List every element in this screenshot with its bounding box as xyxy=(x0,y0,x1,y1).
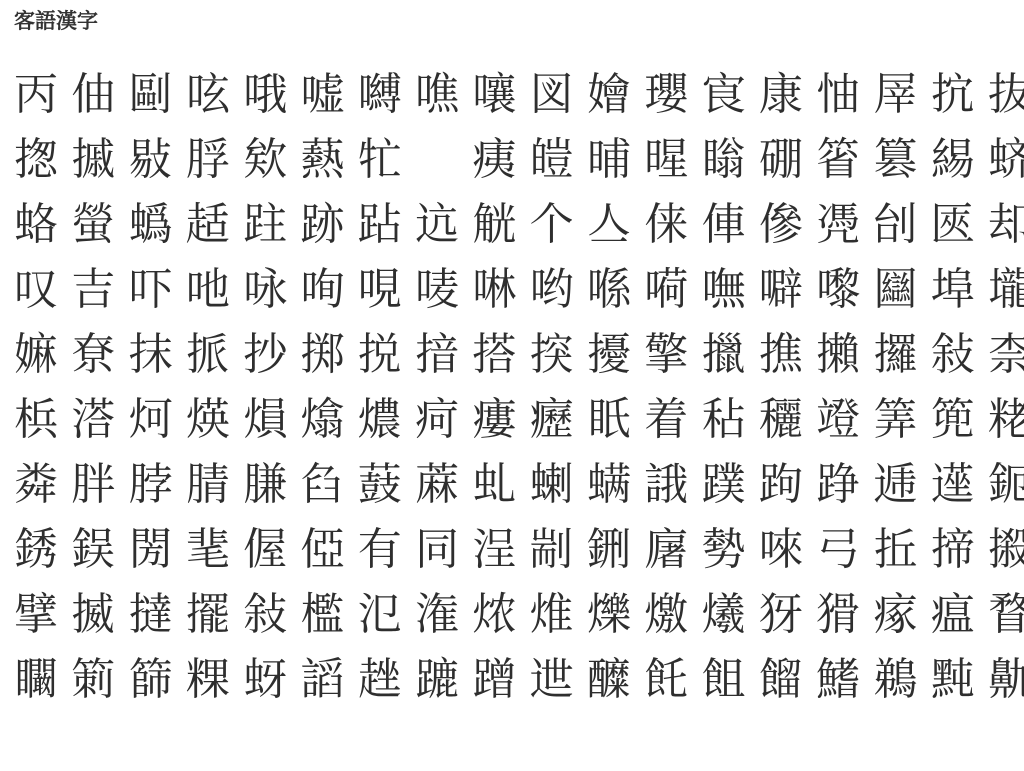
hanzi-character: 揞 xyxy=(415,322,472,387)
hanzi-character: 跡 xyxy=(300,192,357,257)
hanzi-character: 炣 xyxy=(129,387,186,452)
hanzi-character: 擾 xyxy=(587,322,644,387)
hanzi-character: 猾 xyxy=(816,582,873,647)
hanzi-character: 挀 xyxy=(186,322,243,387)
hanzi-character: 踭 xyxy=(816,452,873,517)
hanzi-character: 揻 xyxy=(71,582,128,647)
hanzi-character: 喺 xyxy=(587,257,644,322)
hanzi-character: 攋 xyxy=(816,322,873,387)
hanzi-character: 瘻 xyxy=(472,387,529,452)
hanzi-character: 屖 xyxy=(873,62,930,127)
hanzi-character: 瘃 xyxy=(873,582,930,647)
hanzi-character: 擺 xyxy=(186,582,243,647)
hanzi-character: 叹 xyxy=(14,257,71,322)
hanzi-character: 偓 xyxy=(243,517,300,582)
hanzi-character: 飷 xyxy=(702,647,759,712)
hanzi-character: 疴 xyxy=(415,387,472,452)
hanzi-character: 篡 xyxy=(873,127,930,192)
hanzi-character: 牤 xyxy=(358,127,415,192)
hanzi-character: 浧 xyxy=(472,517,529,582)
hanzi-character: 溚 xyxy=(71,387,128,452)
character-row: 丙伷剾呟哦嘘嚩噍嚷図嬒瓔㝗康怞屖抭抜 xyxy=(14,62,1024,127)
hanzi-character: 剾 xyxy=(129,62,186,127)
hanzi-character: 搭 xyxy=(472,322,529,387)
hanzi-character: 吓 xyxy=(129,257,186,322)
hanzi-character: 眂 xyxy=(587,387,644,452)
hanzi-character: 俥 xyxy=(702,192,759,257)
hanzi-character: 檻 xyxy=(300,582,357,647)
hanzi-character: 臽 xyxy=(300,452,357,517)
hanzi-character: 犽 xyxy=(759,582,816,647)
hanzi-character: 㝗 xyxy=(702,62,759,127)
hanzi-character: 刣 xyxy=(873,192,930,257)
hanzi-character: 抹 xyxy=(129,322,186,387)
hanzi-character: 蛴 xyxy=(988,127,1024,192)
hanzi-character: 蹭 xyxy=(472,647,529,712)
hanzi-character: 俫 xyxy=(644,192,701,257)
hanzi-character: 餾 xyxy=(759,647,816,712)
hanzi-character: 咏 xyxy=(243,257,300,322)
hanzi-character: 欸 xyxy=(243,127,300,192)
hanzi-character: 趖 xyxy=(358,647,415,712)
hanzi-character: 虬 xyxy=(472,452,529,517)
hanzi-character: 皚 xyxy=(530,127,587,192)
hanzi-character: 噼 xyxy=(759,257,816,322)
hanzi-character: 篩 xyxy=(129,647,186,712)
hanzi-character: 脬 xyxy=(186,127,243,192)
hanzi-character: 粦 xyxy=(14,452,71,517)
hanzi-character: 抜 xyxy=(988,62,1024,127)
hanzi-character: 唛 xyxy=(415,257,472,322)
hanzi-character: 匧 xyxy=(931,192,988,257)
hanzi-character: 脖 xyxy=(129,452,186,517)
hanzi-character: 梹 xyxy=(14,387,71,452)
hanzi-character: 嚟 xyxy=(816,257,873,322)
hanzi-character: 揬 xyxy=(530,322,587,387)
hanzi-character: 嘘 xyxy=(300,62,357,127)
hanzi-character: 晡 xyxy=(587,127,644,192)
hanzi-character: 剬 xyxy=(530,517,587,582)
hanzi-character: 箣 xyxy=(71,647,128,712)
hanzi-character: 鰭 xyxy=(816,647,873,712)
hanzi-character: 閍 xyxy=(129,517,186,582)
character-row: 粦胖脖腈膁臽薣蔴虬蝲螨誐蹼跔踭逓遳鈪 xyxy=(14,452,1024,517)
hanzi-character: 尞 xyxy=(71,322,128,387)
hanzi-character: 迣 xyxy=(530,647,587,712)
hanzi-character: 揥 xyxy=(931,517,988,582)
hanzi-character: 膁 xyxy=(243,452,300,517)
hanzi-character: 有 xyxy=(358,517,415,582)
hanzi-character: 跓 xyxy=(243,192,300,257)
hanzi-character: 嗬 xyxy=(644,257,701,322)
character-row: 梹溚炣煐熉熻燶疴瘻癧眂着秥穲竳筭篼粩 xyxy=(14,387,1024,452)
hanzi-character: 嫲 xyxy=(14,322,71,387)
hanzi-character: 爍 xyxy=(587,582,644,647)
hanzi-character: 蹼 xyxy=(702,452,759,517)
hanzi-character: 㶶 xyxy=(472,582,529,647)
hanzi-character: 捝 xyxy=(358,322,415,387)
hanzi-character: 鵜 xyxy=(873,647,930,712)
hanzi-character: 壠 xyxy=(988,257,1024,322)
hanzi-character: 鉶 xyxy=(587,517,644,582)
hanzi-character: 个 xyxy=(530,192,587,257)
hanzi-character: 煐 xyxy=(186,387,243,452)
hanzi-character: 康 xyxy=(759,62,816,127)
hanzi-character: 蛒 xyxy=(14,192,71,257)
hanzi-character: 呟 xyxy=(186,62,243,127)
hanzi-character: 靟 xyxy=(186,517,243,582)
hanzi-character: 篼 xyxy=(931,387,988,452)
hanzi-character: 癧 xyxy=(530,387,587,452)
hanzi-character: 敍 xyxy=(931,322,988,387)
hanzi-character: 瞈 xyxy=(702,127,759,192)
hanzi-character: 嘸 xyxy=(702,257,759,322)
hanzi-character: 迒 xyxy=(415,192,472,257)
hanzi-character: 螢 xyxy=(71,192,128,257)
hanzi-character: 遳 xyxy=(931,452,988,517)
hanzi-character: 怞 xyxy=(816,62,873,127)
hanzi-character: 摵 xyxy=(71,127,128,192)
hanzi-character: 亼 xyxy=(587,192,644,257)
hanzi-character: 凴 xyxy=(816,192,873,257)
hanzi-character: 鈪 xyxy=(988,452,1024,517)
hanzi-character: 醾 xyxy=(587,647,644,712)
hanzi-character: 傪 xyxy=(759,192,816,257)
hanzi-character: 腈 xyxy=(186,452,243,517)
hanzi-character: 鋘 xyxy=(71,517,128,582)
hanzi-character: 敡 xyxy=(129,127,186,192)
hanzi-character: 吉 xyxy=(71,257,128,322)
hanzi-character: 摋 xyxy=(988,517,1024,582)
character-row: 叹吉吓吔咏咰哯唛啉哟喺嗬嘸噼嚟圝埠壠 xyxy=(14,257,1024,322)
hanzi-character: 俹 xyxy=(300,517,357,582)
hanzi-character: 哯 xyxy=(358,257,415,322)
hanzi-character: 圝 xyxy=(873,257,930,322)
hanzi-character: 燶 xyxy=(358,387,415,452)
hanzi-character: 蹗 xyxy=(415,647,472,712)
hanzi-character: 鼽 xyxy=(988,647,1024,712)
hanzi-character: 穲 xyxy=(759,387,816,452)
hanzi-character: 誐 xyxy=(644,452,701,517)
hanzi-character: 蔴 xyxy=(415,452,472,517)
hanzi-character: 丙 xyxy=(14,62,71,127)
hanzi-character: 咰 xyxy=(300,257,357,322)
hanzi-character: 氾 xyxy=(358,582,415,647)
hanzi-character: 哦 xyxy=(243,62,300,127)
hanzi-character: 拞 xyxy=(873,517,930,582)
hanzi-character: 薣 xyxy=(358,452,415,517)
hanzi-character: 擎 xyxy=(644,322,701,387)
hanzi-character: 蝲 xyxy=(530,452,587,517)
hanzi-character: 抄 xyxy=(243,322,300,387)
hanzi-character: 柰 xyxy=(988,322,1024,387)
hanzi-character: 緆 xyxy=(931,127,988,192)
hanzi-character: 竳 xyxy=(816,387,873,452)
hanzi-character: 箵 xyxy=(816,127,873,192)
hanzi-character: 潅 xyxy=(415,582,472,647)
hanzi-character: 暒 xyxy=(644,127,701,192)
character-row: 擘揻撻擺敍檻氾潅㶶焳爍燩爔犽猾瘃瘟瞀 xyxy=(14,582,1024,647)
hanzi-character: 觥 xyxy=(472,192,529,257)
hanzi-character: 嚩 xyxy=(358,62,415,127)
hanzi-character: 撨 xyxy=(759,322,816,387)
hanzi-character: 伷 xyxy=(71,62,128,127)
hanzi-character: 逓 xyxy=(873,452,930,517)
hanzi-character: 熻 xyxy=(300,387,357,452)
character-grid: 丙伷剾呟哦嘘嚩噍嚷図嬒瓔㝗康怞屖抭抜揔摵敡脬欸爇牤𤢀痍皚晡暒瞈硼箵篡緆蛴蛒螢蟡趏… xyxy=(14,62,1024,712)
hanzi-character: 筭 xyxy=(873,387,930,452)
hanzi-character: 趏 xyxy=(186,192,243,257)
hanzi-character: 嚷 xyxy=(472,62,529,127)
hanzi-character: 哟 xyxy=(530,257,587,322)
hanzi-character: 抭 xyxy=(931,62,988,127)
character-row: 銹鋘閍靟偓俹有同浧剬鉶廜勢唻弓拞揥摋 xyxy=(14,517,1024,582)
hanzi-character: 矙 xyxy=(14,647,71,712)
hanzi-character: 撻 xyxy=(129,582,186,647)
hanzi-character: 瘟 xyxy=(931,582,988,647)
hanzi-character: 瓔 xyxy=(644,62,701,127)
hanzi-character: 啉 xyxy=(472,257,529,322)
hanzi-character: 跕 xyxy=(358,192,415,257)
hanzi-character: 燩 xyxy=(644,582,701,647)
page-title: 客語漢字 xyxy=(14,6,98,36)
hanzi-character: 攞 xyxy=(873,322,930,387)
hanzi-character: 焳 xyxy=(530,582,587,647)
character-row: 揔摵敡脬欸爇牤𤢀痍皚晡暒瞈硼箵篡緆蛴 xyxy=(14,127,1024,192)
hanzi-character: 掷 xyxy=(300,322,357,387)
hanzi-character: 瞀 xyxy=(988,582,1024,647)
hanzi-character: 弓 xyxy=(816,517,873,582)
page: 客語漢字 丙伷剾呟哦嘘嚩噍嚷図嬒瓔㝗康怞屖抭抜揔摵敡脬欸爇牤𤢀痍皚晡暒瞈硼箵篡緆… xyxy=(0,0,1024,771)
hanzi-character: 痍 xyxy=(472,127,529,192)
hanzi-character: 爇 xyxy=(300,127,357,192)
hanzi-character: 着 xyxy=(644,387,701,452)
hanzi-character: 蚜 xyxy=(243,647,300,712)
hanzi-character: 螨 xyxy=(587,452,644,517)
hanzi-character: 埠 xyxy=(931,257,988,322)
character-row: 矙箣篩粿蚜謟趖蹗蹭迣醾飥飷餾鰭鵜黗鼽 xyxy=(14,647,1024,712)
hanzi-character: 粩 xyxy=(988,387,1024,452)
hanzi-character: 𤢀 xyxy=(415,127,472,192)
hanzi-character: 噍 xyxy=(415,62,472,127)
hanzi-character: 敍 xyxy=(243,582,300,647)
hanzi-character: 硼 xyxy=(759,127,816,192)
hanzi-character: 跔 xyxy=(759,452,816,517)
hanzi-character: 粿 xyxy=(186,647,243,712)
character-row: 蛒螢蟡趏跓跡跕迒觥个亼俫俥傪凴刣匧却 xyxy=(14,192,1024,257)
hanzi-character: 飥 xyxy=(644,647,701,712)
hanzi-character: 擸 xyxy=(702,322,759,387)
hanzi-character: 黗 xyxy=(931,647,988,712)
hanzi-character: 銹 xyxy=(14,517,71,582)
hanzi-character: 同 xyxy=(415,517,472,582)
hanzi-character: 却 xyxy=(988,192,1024,257)
hanzi-character: 擘 xyxy=(14,582,71,647)
hanzi-character: 秥 xyxy=(702,387,759,452)
hanzi-character: 爔 xyxy=(702,582,759,647)
hanzi-character: 唻 xyxy=(759,517,816,582)
hanzi-character: 謟 xyxy=(300,647,357,712)
hanzi-character: 揔 xyxy=(14,127,71,192)
hanzi-character: 勢 xyxy=(702,517,759,582)
hanzi-character: 図 xyxy=(530,62,587,127)
hanzi-character: 蟡 xyxy=(129,192,186,257)
hanzi-character: 嬒 xyxy=(587,62,644,127)
hanzi-character: 熉 xyxy=(243,387,300,452)
character-row: 嫲尞抹挀抄掷捝揞搭揬擾擎擸撨攋攞敍柰 xyxy=(14,322,1024,387)
hanzi-character: 胖 xyxy=(71,452,128,517)
hanzi-character: 吔 xyxy=(186,257,243,322)
hanzi-character: 廜 xyxy=(644,517,701,582)
